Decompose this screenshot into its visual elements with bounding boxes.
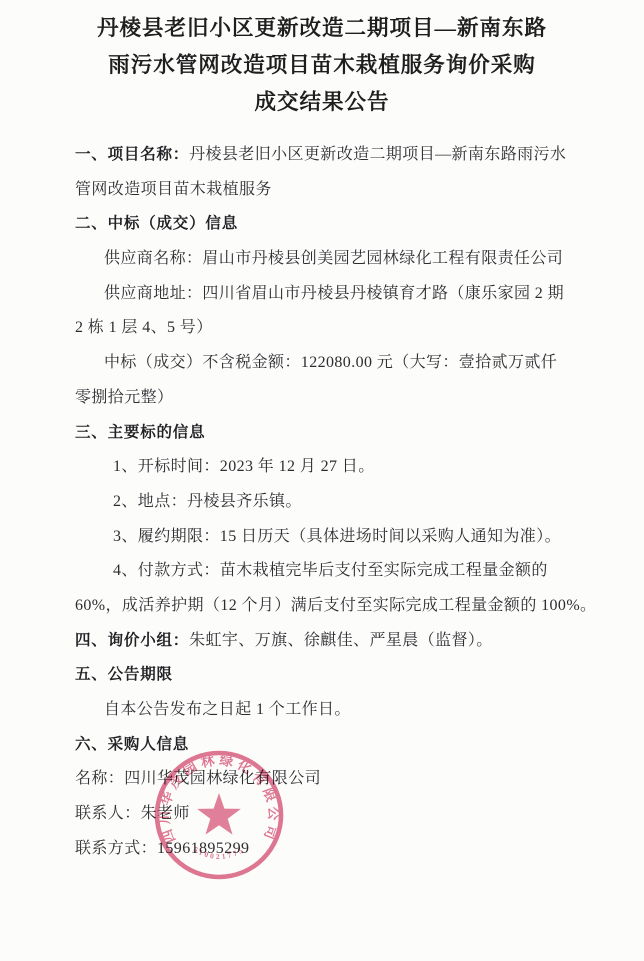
doc-line: 联系方式：15961895299: [75, 832, 584, 867]
doc-line: 三、主要标的信息: [75, 416, 584, 451]
doc-line: 供应商地址：四川省眉山市丹棱县丹棱镇育才路（康乐家园 2 期: [75, 277, 584, 312]
line-text: 名称：四川华茂园林绿化有限公司: [75, 770, 321, 787]
document-title: 丹棱县老旧小区更新改造二期项目—新南东路雨污水管网改造项目苗木栽植服务询价采购成…: [0, 0, 644, 121]
doc-line: 中标（成交）不含税金额：122080.00 元（大写：壹拾贰万贰仟: [75, 346, 584, 381]
line-text: 中标（成交）不含税金额：122080.00 元（大写：壹拾贰万贰仟: [104, 354, 557, 371]
line-text: 零捌拾元整）: [75, 389, 173, 406]
doc-line: 4、付款方式：苗木栽植完毕后支付至实际完成工程量金额的: [75, 554, 584, 589]
line-label: 四、询价小组：: [75, 632, 189, 649]
line-label: 二、中标（成交）信息: [75, 215, 238, 232]
doc-line: 3、履约期限：15 日历天（具体进场时间以采购人通知为准）。: [75, 520, 584, 555]
line-text: 联系方式：15961895299: [75, 840, 249, 857]
title-line: 成交结果公告: [0, 84, 644, 121]
doc-line: 管网改造项目苗木栽植服务: [75, 173, 584, 208]
line-text: 3、履约期限：15 日历天（具体进场时间以采购人通知为准）。: [113, 528, 561, 545]
line-text: 2、地点：丹棱县齐乐镇。: [113, 493, 302, 510]
line-label: 六、采购人信息: [75, 736, 189, 753]
doc-line: 零捌拾元整）: [75, 381, 584, 416]
doc-line: 六、采购人信息: [75, 728, 584, 763]
document-body: 一、项目名称：丹棱县老旧小区更新改造二期项目—新南东路雨污水管网改造项目苗木栽植…: [75, 138, 584, 866]
line-label: 五、公告期限: [75, 666, 173, 683]
line-text: 联系人：朱老师: [75, 805, 190, 822]
doc-line: 四、询价小组：朱虹宇、万旗、徐麒佳、严星晨（监督）。: [75, 624, 584, 659]
doc-line: 联系人：朱老师: [75, 797, 584, 832]
line-text: 供应商地址：四川省眉山市丹棱县丹棱镇育才路（康乐家园 2 期: [104, 285, 564, 302]
line-text: 自本公告发布之日起 1 个工作日。: [104, 701, 351, 718]
title-line: 丹棱县老旧小区更新改造二期项目—新南东路: [0, 10, 644, 47]
line-text: 管网改造项目苗木栽植服务: [75, 181, 272, 198]
doc-line: 名称：四川华茂园林绿化有限公司: [75, 762, 584, 797]
line-text: 朱虹宇、万旗、徐麒佳、严星晨（监督）。: [189, 632, 493, 649]
line-text: 2 栋 1 层 4、5 号）: [75, 319, 213, 336]
doc-line: 2、地点：丹棱县齐乐镇。: [75, 485, 584, 520]
doc-line: 自本公告发布之日起 1 个工作日。: [75, 693, 584, 728]
doc-line: 1、开标时间：2023 年 12 月 27 日。: [75, 450, 584, 485]
doc-line: 供应商名称：眉山市丹棱县创美园艺园林绿化工程有限责任公司: [75, 242, 584, 277]
line-text: 供应商名称：眉山市丹棱县创美园艺园林绿化工程有限责任公司: [104, 250, 563, 267]
line-label: 一、项目名称：: [75, 146, 189, 163]
line-text: 丹棱县老旧小区更新改造二期项目—新南东路雨污水: [189, 146, 566, 163]
title-line: 雨污水管网改造项目苗木栽植服务询价采购: [0, 47, 644, 84]
line-label: 三、主要标的信息: [75, 424, 205, 441]
doc-line: 60%，成活养护期（12 个月）满后支付至实际完成工程量金额的 100%。: [75, 589, 584, 624]
doc-line: 2 栋 1 层 4、5 号）: [75, 311, 584, 346]
doc-line: 五、公告期限: [75, 658, 584, 693]
doc-line: 二、中标（成交）信息: [75, 207, 584, 242]
document-page: 丹棱县老旧小区更新改造二期项目—新南东路雨污水管网改造项目苗木栽植服务询价采购成…: [0, 0, 644, 961]
doc-line: 一、项目名称：丹棱县老旧小区更新改造二期项目—新南东路雨污水: [75, 138, 584, 173]
line-text: 4、付款方式：苗木栽植完毕后支付至实际完成工程量金额的: [113, 562, 548, 579]
line-text: 60%，成活养护期（12 个月）满后支付至实际完成工程量金额的 100%。: [75, 597, 596, 614]
line-text: 1、开标时间：2023 年 12 月 27 日。: [113, 458, 375, 475]
